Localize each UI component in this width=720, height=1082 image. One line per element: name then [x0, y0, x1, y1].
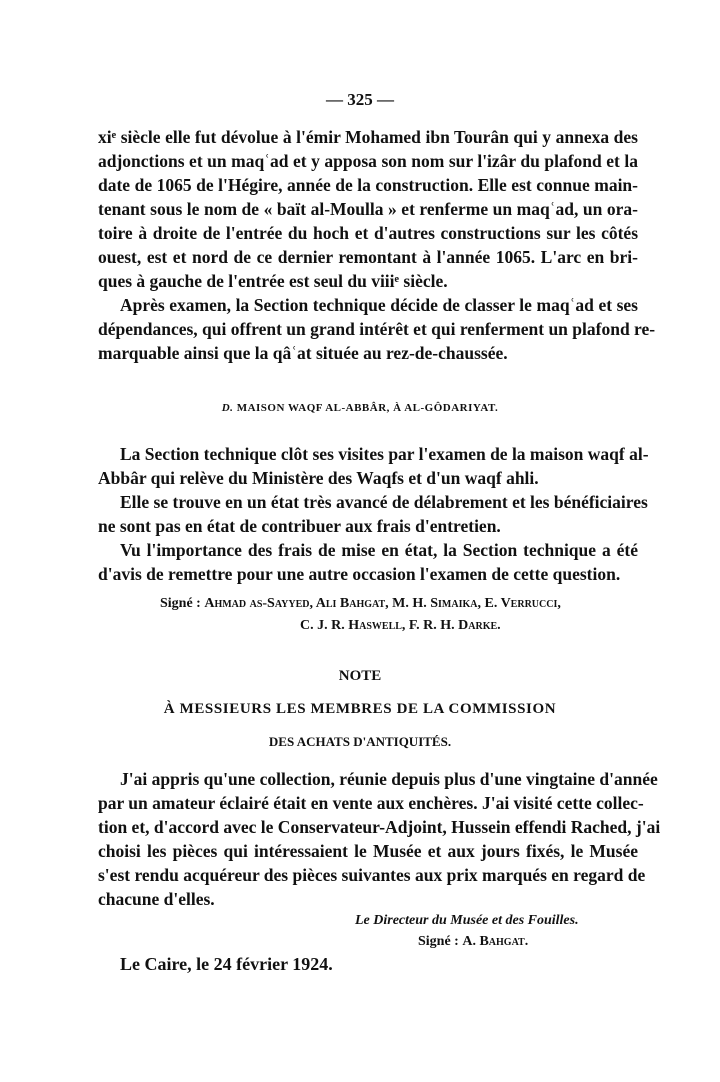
director-signature: Signé : A. Bahgat. [418, 934, 528, 950]
text-line: adjonctions et un maqʿad et y apposa son… [98, 149, 638, 173]
text-line: d'avis de remettre pour une autre occasi… [98, 562, 638, 586]
text-line: Elle se trouve en un état très avancé de… [98, 490, 638, 514]
signatories-2: C. J. R. Haswell, F. R. H. Darke. [300, 618, 501, 633]
text-line: dépendances, qui offrent un grand intérê… [98, 317, 638, 341]
signatories-1: Ahmad as-Sayyed, Ali Bahgat, M. H. Simai… [204, 596, 561, 611]
text-line: La Section technique clôt ses visites pa… [98, 442, 638, 466]
text-line: s'est rendu acquéreur des pièces suivant… [98, 863, 638, 887]
section-d-text: La Section technique clôt ses visites pa… [98, 442, 638, 586]
text-line: choisi les pièces qui intéressaient le M… [98, 839, 638, 863]
signature-line-2: C. J. R. Haswell, F. R. H. Darke. [300, 618, 501, 634]
text-line: Vu l'importance des frais de mise en éta… [98, 538, 638, 562]
note-subtitle-2: DES ACHATS D'ANTIQUITÉS. [0, 734, 720, 750]
signature-label: Signé : [160, 596, 201, 611]
director-signature-name: A. Bahgat. [462, 934, 528, 949]
note-subtitle-1: À MESSIEURS LES MEMBRES DE LA COMMISSION [0, 701, 720, 718]
director-title-text: Le Directeur du Musée et des Fouilles. [355, 913, 579, 928]
page-number: — 325 — [0, 90, 720, 110]
text-line: xiᵉ siècle elle fut dévolue à l'émir Moh… [98, 125, 638, 149]
director-signature-label: Signé : [418, 934, 459, 949]
text-line: toire à droite de l'entrée du hoch et d'… [98, 221, 638, 245]
text-line: Abbâr qui relève du Ministère des Waqfs … [98, 466, 638, 490]
signature-line-1: Signé : Ahmad as-Sayyed, Ali Bahgat, M. … [160, 596, 561, 612]
text-line: date de 1065 de l'Hégire, année de la co… [98, 173, 638, 197]
section-d-letter: D. [222, 402, 234, 414]
director-title: Le Directeur du Musée et des Fouilles. [355, 913, 579, 929]
section-d-heading: D. MAISON WAQF AL-ABBÂR, À AL-GÔDARIYAT. [0, 402, 720, 414]
text-line: Après examen, la Section technique décid… [98, 293, 638, 317]
text-line: ne sont pas en état de contribuer aux fr… [98, 514, 638, 538]
text-line: J'ai appris qu'une collection, réunie de… [98, 767, 638, 791]
text-line: chacune d'elles. [98, 887, 638, 911]
note-title: NOTE [0, 668, 720, 685]
note-text: J'ai appris qu'une collection, réunie de… [98, 767, 638, 911]
text-line: tion et, d'accord avec le Conservateur-A… [98, 815, 638, 839]
place-date: Le Caire, le 24 février 1924. [120, 952, 333, 976]
text-line: ouest, est et nord de ce dernier remonta… [98, 245, 638, 269]
text-line: marquable ainsi que la qâʿat située au r… [98, 341, 638, 365]
place-date-text: Le Caire, le 24 février 1924. [120, 954, 333, 974]
section-d-title: MAISON WAQF AL-ABBÂR, À AL-GÔDARIYAT. [237, 402, 499, 414]
section-c-text: xiᵉ siècle elle fut dévolue à l'émir Moh… [98, 125, 638, 365]
text-line: par un amateur éclairé était en vente au… [98, 791, 638, 815]
text-line: ques à gauche de l'entrée est seul du vi… [98, 269, 638, 293]
text-line: tenant sous le nom de « baït al-Moulla »… [98, 197, 638, 221]
